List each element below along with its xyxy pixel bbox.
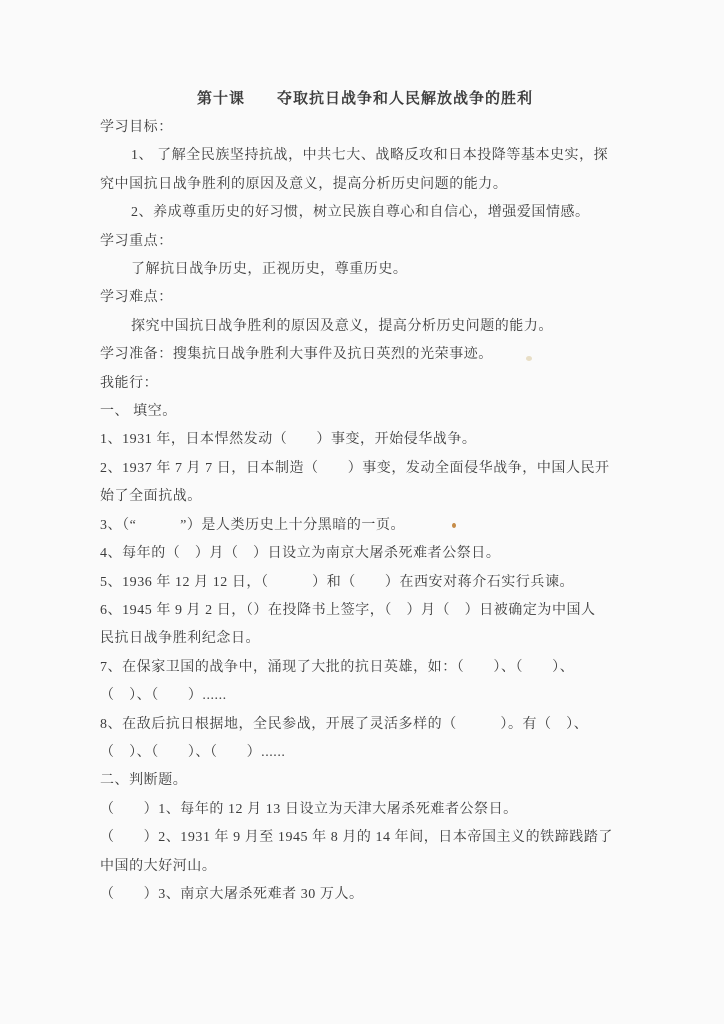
fill-blank-q5: 5、1936 年 12 月 12 日，（ ）和（ ）在西安对蒋介石实行兵谏。 bbox=[100, 569, 630, 597]
difficulty-text: 探究中国抗日战争胜利的原因及意义，提高分析历史问题的能力。 bbox=[100, 313, 630, 341]
fill-blank-q8-line-1: 8、在敌后抗日根据地，全民参战，开展了灵活多样的（ ）。有（ ）、 bbox=[100, 711, 630, 739]
fill-blank-q2-line-2: 始了全面抗战。 bbox=[100, 483, 630, 511]
lesson-title: 第十课 夺取抗日战争和人民解放战争的胜利 bbox=[100, 84, 630, 114]
learning-preparation: 学习准备：搜集抗日战争胜利大事件及抗日英烈的光荣事迹。 bbox=[100, 341, 630, 369]
document-page: 第十课 夺取抗日战争和人民解放战争的胜利 学习目标： 1、 了解全民族坚持抗战，… bbox=[0, 0, 724, 1024]
fill-blank-q4: 4、每年的（ ）月（ ）日设立为南京大屠杀死难者公祭日。 bbox=[100, 540, 630, 568]
fill-blank-q2-line-1: 2、1937 年 7 月 7 日，日本制造（ ）事变，发动全面侵华战争，中国人民… bbox=[100, 455, 630, 483]
judgment-q3: （ ）3、南京大屠杀死难者 30 万人。 bbox=[100, 881, 630, 909]
fill-blank-q7-line-1: 7、在保家卫国的战争中，涌现了大批的抗日英雄，如：（ ）、（ ）、 bbox=[100, 654, 630, 682]
focus-text: 了解抗日战争历史，正视历史，尊重历史。 bbox=[100, 256, 630, 284]
goal-2: 2、养成尊重历史的好习惯，树立民族自尊心和自信心，增强爱国情感。 bbox=[100, 199, 630, 227]
goal-1-line-1: 1、 了解全民族坚持抗战，中共七大、战略反攻和日本投降等基本史实，探 bbox=[100, 142, 630, 170]
fill-blank-q6-line-2: 民抗日战争胜利纪念日。 bbox=[100, 625, 630, 653]
section-2-judgment-heading: 二、判断题。 bbox=[100, 767, 630, 795]
i-can-do-heading: 我能行： bbox=[100, 370, 630, 398]
scan-smudge-artifact bbox=[526, 356, 532, 361]
fill-blank-q7-line-2: （ ）、（ ）...... bbox=[100, 682, 630, 710]
fill-blank-q3: 3、（“ ”）是人类历史上十分黑暗的一页。 bbox=[100, 512, 630, 540]
fill-blank-q8-line-2: （ ）、（ ）、（ ）...... bbox=[100, 739, 630, 767]
judgment-q2-line-1: （ ）2、1931 年 9 月至 1945 年 8 月的 14 年间，日本帝国主… bbox=[100, 824, 630, 852]
section-1-fill-blank-heading: 一、 填空。 bbox=[100, 398, 630, 426]
heading-learning-difficulty: 学习难点： bbox=[100, 284, 630, 312]
fill-blank-q6-line-1: 6、1945 年 9 月 2 日，（）在投降书上签字，（ ）月（ ）日被确定为中… bbox=[100, 597, 630, 625]
goal-1-line-2: 究中国抗日战争胜利的原因及意义，提高分析历史问题的能力。 bbox=[100, 171, 630, 199]
fill-blank-q1: 1、1931 年，日本悍然发动（ ）事变，开始侵华战争。 bbox=[100, 426, 630, 454]
heading-learning-goals: 学习目标： bbox=[100, 114, 630, 142]
heading-learning-focus: 学习重点： bbox=[100, 228, 630, 256]
document-content: 第十课 夺取抗日战争和人民解放战争的胜利 学习目标： 1、 了解全民族坚持抗战，… bbox=[100, 84, 630, 909]
judgment-q1: （ ）1、每年的 12 月 13 日设立为天津大屠杀死难者公祭日。 bbox=[100, 796, 630, 824]
judgment-q2-line-2: 中国的大好河山。 bbox=[100, 853, 630, 881]
scan-dot-artifact bbox=[452, 523, 456, 528]
